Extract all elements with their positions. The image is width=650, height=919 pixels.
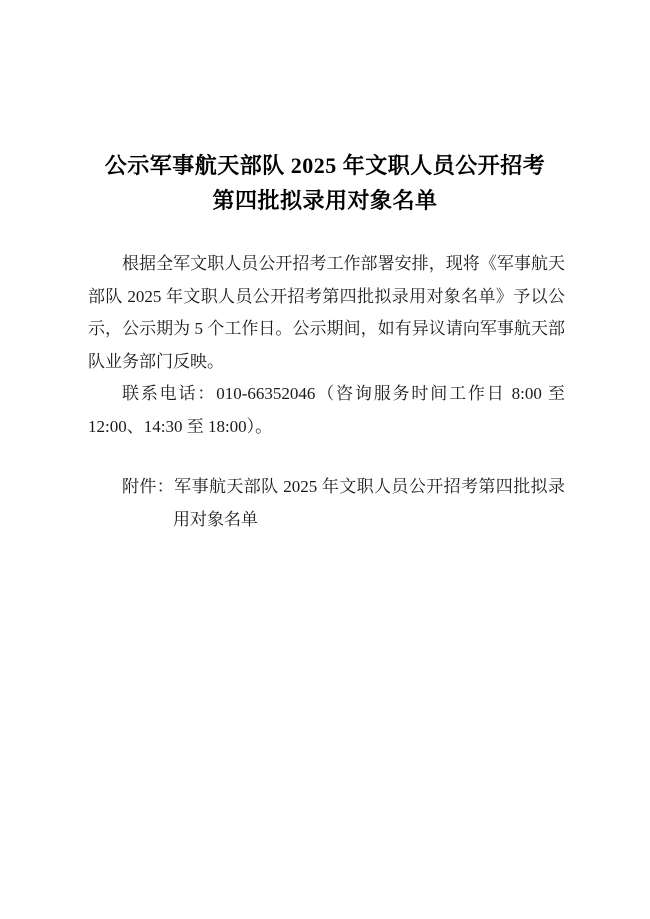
document-page: 公示军事航天部队 2025 年文职人员公开招考 第四批拟录用对象名单 根据全军文…: [0, 0, 650, 919]
contact-paragraph-line-2: 12:00、14:30 至 18:00）。: [88, 411, 565, 444]
intro-paragraph-line-2: 部队 2025 年文职人员公开招考第四批拟录用对象名单》予以公: [88, 281, 565, 314]
attachment-line-2: 用对象名单: [88, 504, 565, 537]
notice-body: 根据全军文职人员公开招考工作部署安排，现将《军事航天 部队 2025 年文职人员…: [88, 248, 565, 536]
attachment-block: 附件：军事航天部队 2025 年文职人员公开招考第四批拟录 用对象名单: [88, 471, 565, 536]
contact-paragraph-line-1: 联系电话：010-66352046（咨询服务时间工作日 8:00 至: [88, 378, 565, 411]
intro-paragraph-line-3: 示，公示期为 5 个工作日。公示期间，如有异议请向军事航天部: [88, 313, 565, 346]
intro-paragraph-line-4: 队业务部门反映。: [88, 346, 565, 379]
attachment-line-1: 附件：军事航天部队 2025 年文职人员公开招考第四批拟录: [88, 471, 565, 504]
intro-paragraph: 根据全军文职人员公开招考工作部署安排，现将《军事航天 部队 2025 年文职人员…: [88, 248, 565, 378]
notice-title-line-2: 第四批拟录用对象名单: [40, 183, 610, 218]
notice-title-line-1: 公示军事航天部队 2025 年文职人员公开招考: [40, 148, 610, 183]
intro-paragraph-line-1: 根据全军文职人员公开招考工作部署安排，现将《军事航天: [88, 248, 565, 281]
contact-paragraph: 联系电话：010-66352046（咨询服务时间工作日 8:00 至 12:00…: [88, 378, 565, 443]
notice-title: 公示军事航天部队 2025 年文职人员公开招考 第四批拟录用对象名单: [0, 0, 650, 218]
